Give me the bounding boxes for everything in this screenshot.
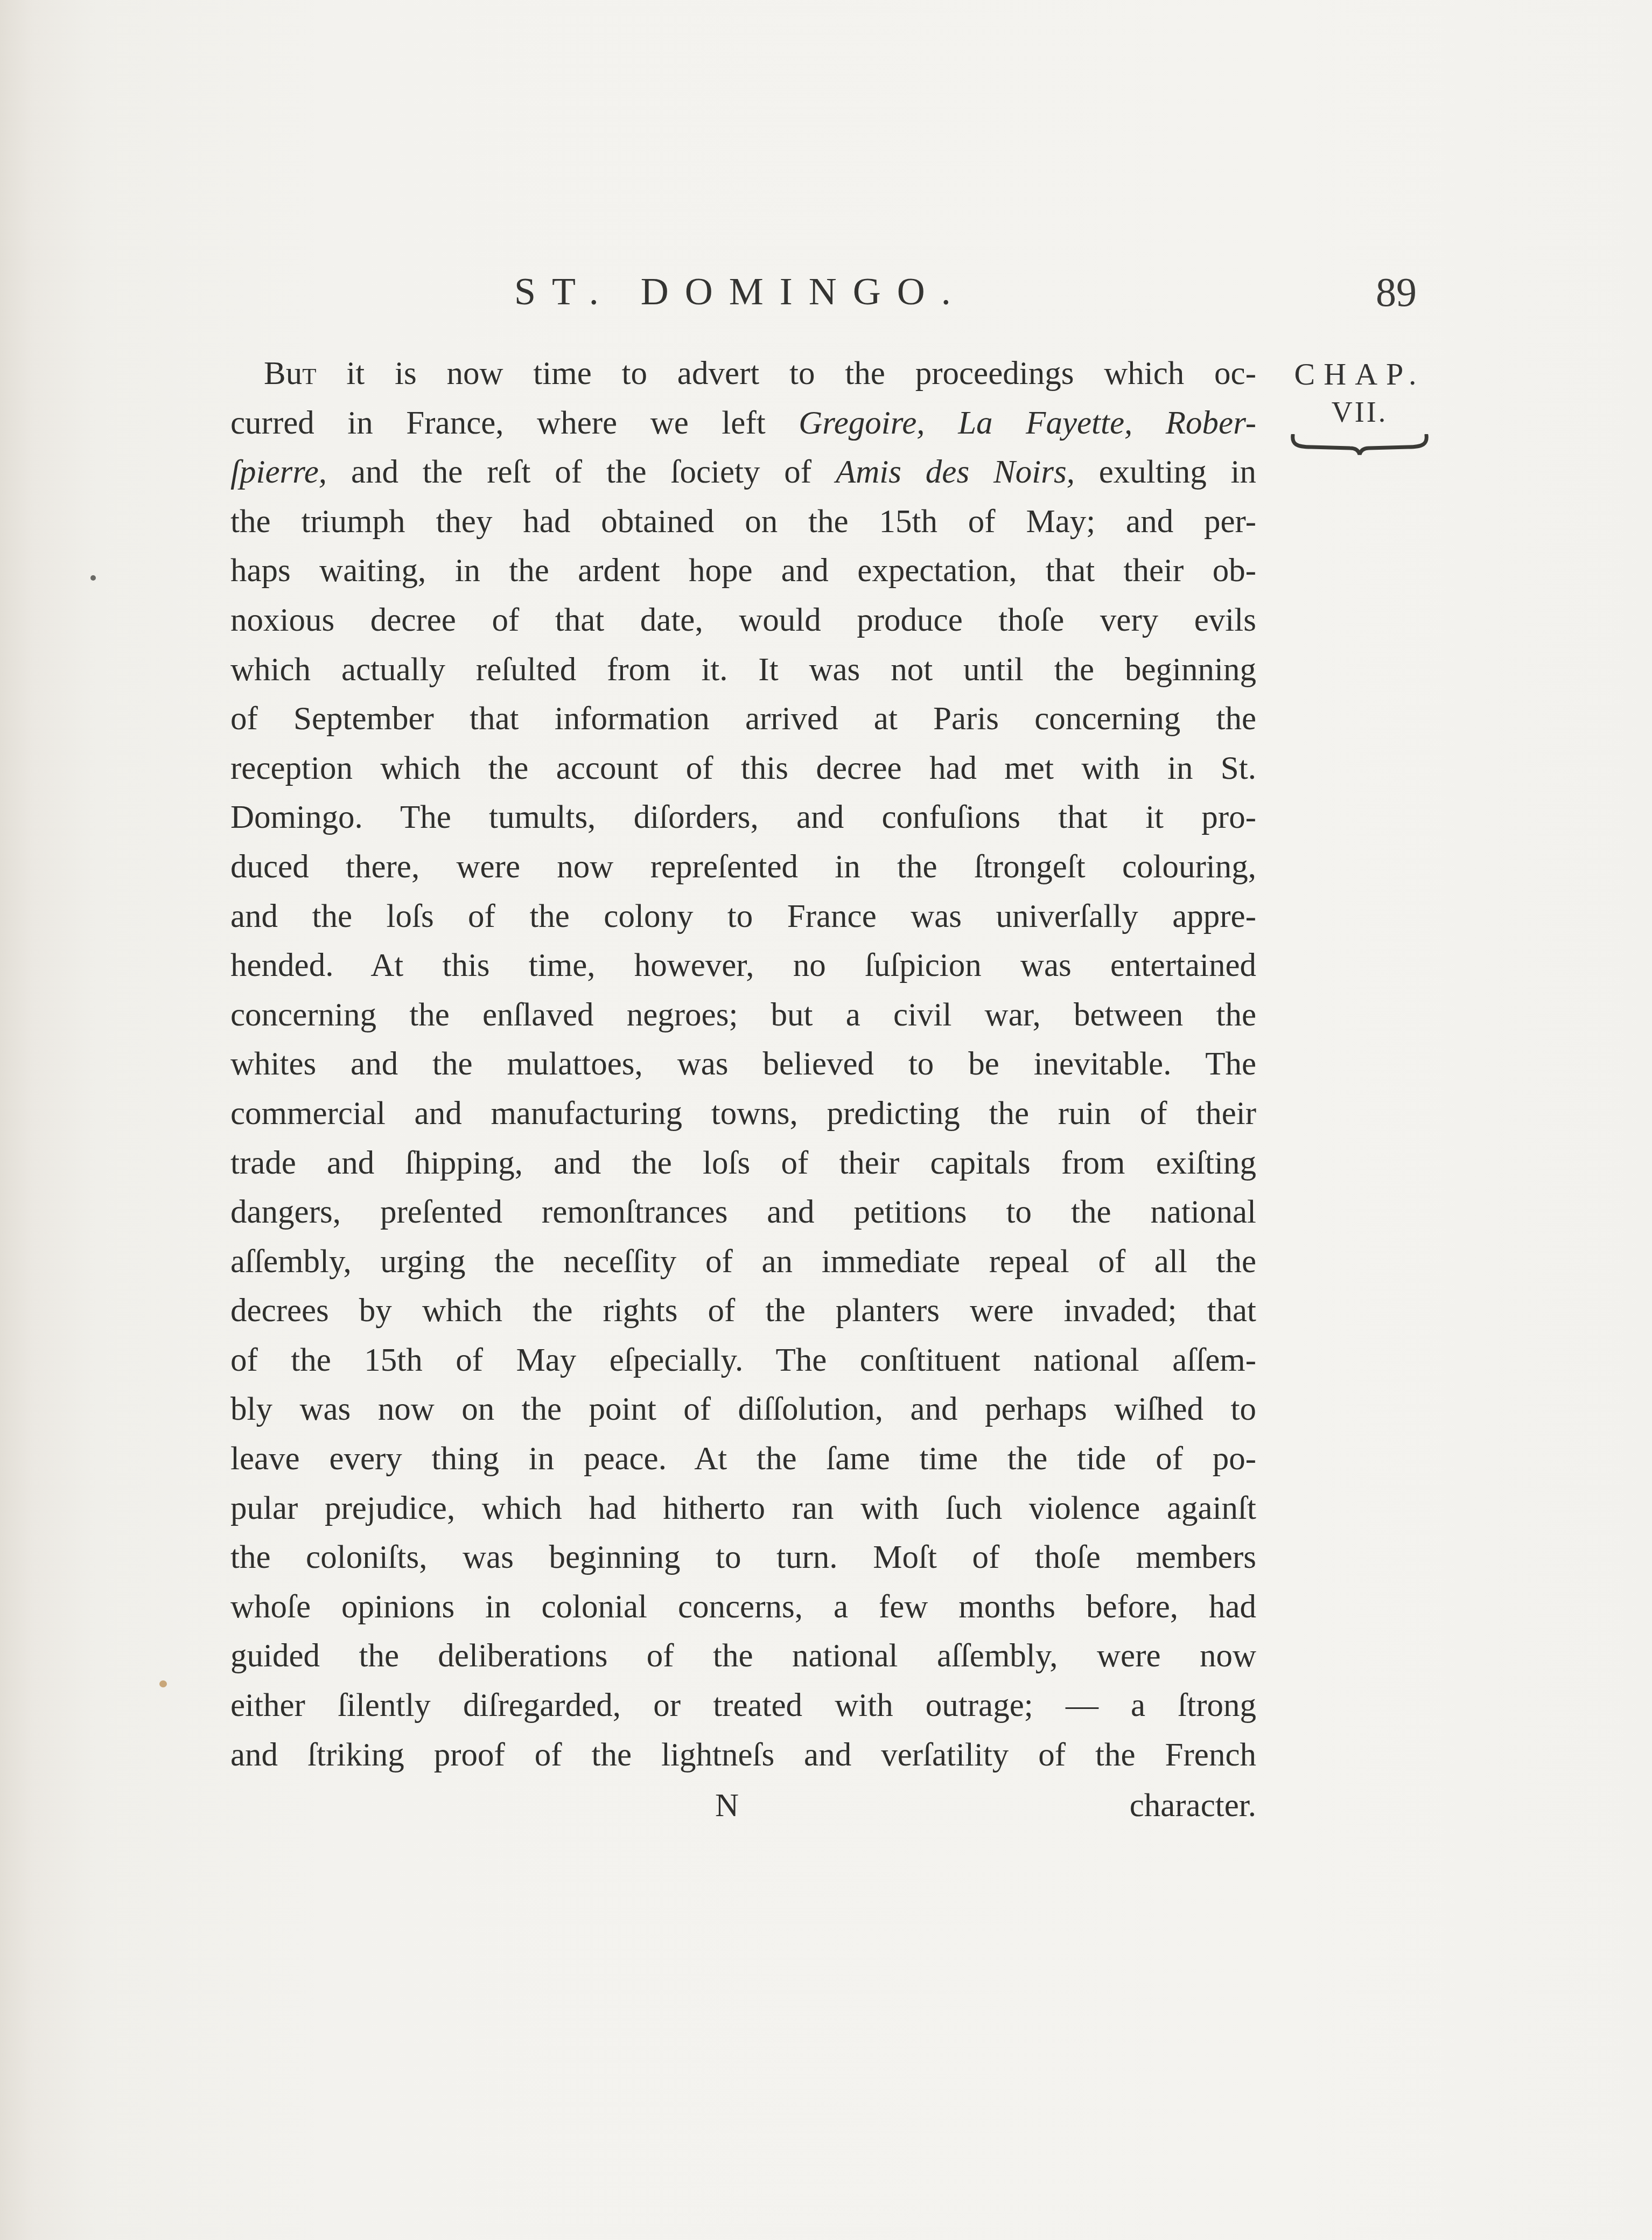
text-line: dangers, preſented remonſtrances and pet… xyxy=(230,1188,1256,1237)
text-segment: t xyxy=(302,355,316,392)
text-segment: duced there, were now repreſented in the… xyxy=(230,849,1256,885)
text-segment: hended. At this time, however, no ſuſpic… xyxy=(230,947,1256,983)
chapter-label: CHAP. xyxy=(1290,355,1430,393)
text-line: whites and the mulattoes, was believed t… xyxy=(230,1039,1256,1089)
curly-brace-icon xyxy=(1290,434,1430,456)
text-line: bly was now on the point of diſſolution,… xyxy=(230,1385,1256,1434)
text-segment: either ſilently diſregarded, or treated … xyxy=(230,1687,1256,1723)
text-segment: the coloniſts, was beginning to turn. Mo… xyxy=(230,1539,1256,1575)
catchword: character. xyxy=(1130,1787,1256,1825)
text-segment: Domingo. The tumults, diſorders, and con… xyxy=(230,799,1256,835)
margin-dot xyxy=(90,575,96,581)
text-segment: commercial and manufacturing towns, pred… xyxy=(230,1095,1256,1132)
text-segment: of September that information arrived at… xyxy=(230,701,1256,737)
text-segment: reception which the account of this decr… xyxy=(230,750,1256,786)
text-line: pular prejudice, which had hitherto ran … xyxy=(230,1484,1256,1533)
text-segment: guided the deliberations of the national… xyxy=(230,1638,1256,1674)
text-line: commercial and manufacturing towns, pred… xyxy=(230,1089,1256,1139)
text-segment: dangers, preſented remonſtrances and pet… xyxy=(230,1194,1256,1230)
running-head: ST. DOMINGO. xyxy=(514,269,967,314)
text-line: and ſtriking proof of the lightneſs and … xyxy=(230,1730,1256,1780)
italic-phrase: La Fayette, xyxy=(958,405,1132,441)
text-segment: and the reſt of the ſociety of xyxy=(327,454,836,490)
text-line: which actually reſulted from it. It was … xyxy=(230,645,1256,695)
text-line: concerning the enſlaved negroes; but a c… xyxy=(230,990,1256,1040)
chapter-number: VII. xyxy=(1290,393,1430,431)
text-segment: it is now time to advert to the proceedi… xyxy=(316,355,1256,392)
text-line: whoſe opinions in colonial concerns, a f… xyxy=(230,1582,1256,1632)
italic-phrase: Gregoire, xyxy=(799,405,925,441)
text-line: But it is now time to advert to the proc… xyxy=(230,349,1256,399)
text-segment: aſſembly, urging the neceſſity of an imm… xyxy=(230,1244,1256,1280)
text-segment: haps waiting, in the ardent hope and exp… xyxy=(230,553,1256,589)
text-segment: and ſtriking proof of the lightneſs and … xyxy=(230,1737,1256,1773)
text-line: Domingo. The tumults, diſorders, and con… xyxy=(230,793,1256,842)
text-line: trade and ſhipping, and the loſs of thei… xyxy=(230,1139,1256,1188)
text-segment: Bu xyxy=(264,355,302,392)
text-segment xyxy=(925,405,958,441)
text-segment: noxious decree of that date, would produ… xyxy=(230,602,1256,638)
text-segment: curred in France, where we left xyxy=(230,405,799,441)
text-segment: which actually reſulted from it. It was … xyxy=(230,652,1256,688)
italic-phrase: Amis des Noirs, xyxy=(836,454,1075,490)
text-line: either ſilently diſregarded, or treated … xyxy=(230,1681,1256,1730)
text-line: guided the deliberations of the national… xyxy=(230,1631,1256,1681)
text-segment: the triumph they had obtained on the 15t… xyxy=(230,504,1256,540)
text-line: leave every thing in peace. At the ſame … xyxy=(230,1434,1256,1484)
text-line: the triumph they had obtained on the 15t… xyxy=(230,497,1256,547)
chapter-margin-note: CHAP. VII. xyxy=(1290,355,1430,456)
signature-mark: N xyxy=(715,1787,739,1825)
text-line: decrees by which the rights of the plant… xyxy=(230,1286,1256,1336)
text-line: and the loſs of the colony to France was… xyxy=(230,892,1256,941)
text-segment: and the loſs of the colony to France was… xyxy=(230,898,1256,934)
text-segment: whoſe opinions in colonial concerns, a f… xyxy=(230,1589,1256,1625)
text-segment: leave every thing in peace. At the ſame … xyxy=(230,1441,1256,1477)
text-line: curred in France, where we left Gregoire… xyxy=(230,399,1256,448)
italic-phrase: ſpierre, xyxy=(230,454,327,490)
text-line: reception which the account of this decr… xyxy=(230,744,1256,793)
text-line: aſſembly, urging the neceſſity of an imm… xyxy=(230,1237,1256,1287)
text-segment: trade and ſhipping, and the loſs of thei… xyxy=(230,1145,1256,1181)
text-line: hended. At this time, however, no ſuſpic… xyxy=(230,941,1256,990)
page-number: 89 xyxy=(1376,269,1417,316)
text-line: noxious decree of that date, would produ… xyxy=(230,596,1256,645)
text-segment: whites and the mulattoes, was believed t… xyxy=(230,1046,1256,1082)
margin-stain xyxy=(159,1680,167,1687)
page-footer: N character. xyxy=(230,1787,1256,1836)
text-segment: pular prejudice, which had hitherto ran … xyxy=(230,1490,1256,1526)
text-segment xyxy=(1132,405,1166,441)
text-line: of the 15th of May eſpecially. The conſt… xyxy=(230,1336,1256,1385)
body-text: But it is now time to advert to the proc… xyxy=(230,349,1256,1780)
text-line: duced there, were now repreſented in the… xyxy=(230,842,1256,892)
text-segment: decrees by which the rights of the plant… xyxy=(230,1293,1256,1329)
text-segment: of the 15th of May eſpecially. The conſt… xyxy=(230,1342,1256,1378)
text-line: the coloniſts, was beginning to turn. Mo… xyxy=(230,1533,1256,1582)
text-segment: concerning the enſlaved negroes; but a c… xyxy=(230,997,1256,1033)
italic-phrase: Rober- xyxy=(1166,405,1256,441)
text-segment: exulting in xyxy=(1075,454,1256,490)
text-line: ſpierre, and the reſt of the ſociety of … xyxy=(230,448,1256,497)
text-line: haps waiting, in the ardent hope and exp… xyxy=(230,546,1256,596)
text-segment: bly was now on the point of diſſolution,… xyxy=(230,1391,1256,1427)
text-line: of September that information arrived at… xyxy=(230,694,1256,744)
